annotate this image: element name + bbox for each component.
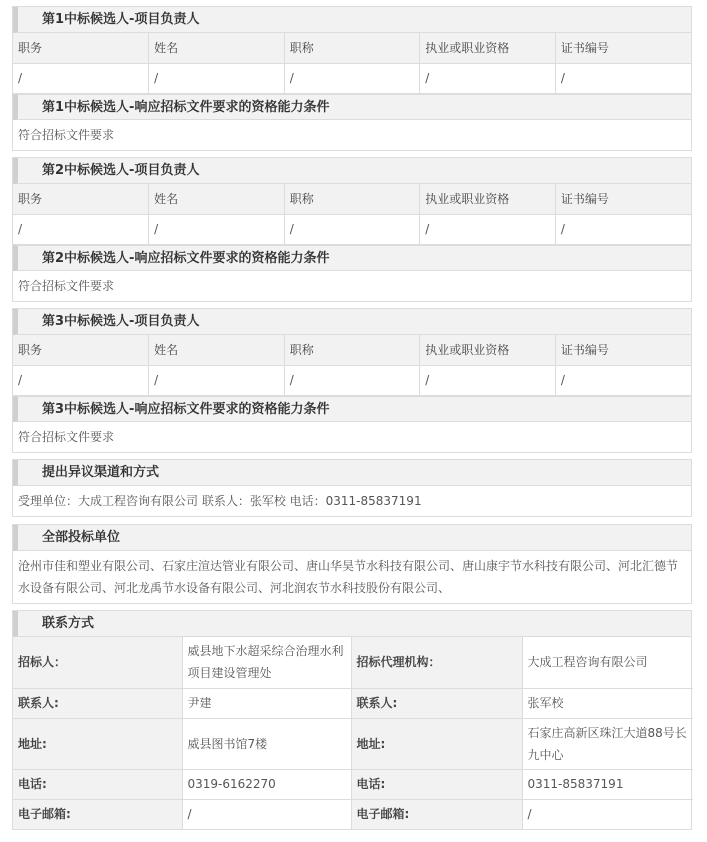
column-header: 职务 — [13, 184, 149, 214]
column-header: 证书编号 — [555, 33, 691, 63]
column-header: 证书编号 — [555, 335, 691, 365]
objection-title: 提出异议渠道和方式 — [13, 460, 691, 486]
column-header: 姓名 — [149, 184, 285, 214]
candidate-3-leader-title: 第3中标候选人-项目负责人 — [13, 309, 691, 335]
bidders-title: 全部投标单位 — [13, 525, 691, 551]
candidate-1-section: 第1中标候选人-项目负责人 职务 姓名 职称 执业或职业资格 证书编号 / / … — [12, 6, 692, 151]
agency-address-label: 地址: — [351, 718, 522, 769]
agency-email-label: 电子邮箱: — [351, 799, 522, 829]
contact-title: 联系方式 — [13, 611, 691, 637]
column-header: 职称 — [284, 184, 420, 214]
tenderer-phone-label: 电话: — [13, 769, 182, 799]
candidate-3-qualification-text: 符合招标文件要求 — [13, 422, 691, 452]
column-header: 姓名 — [149, 33, 285, 63]
candidate-1-qualification-title: 第1中标候选人-响应招标文件要求的资格能力条件 — [13, 94, 691, 120]
table-cell: / — [555, 63, 691, 93]
table-cell: / — [420, 214, 556, 244]
column-header: 执业或职业资格 — [420, 184, 556, 214]
agency-contact-label: 联系人: — [351, 688, 522, 718]
table-cell: / — [13, 63, 149, 93]
agency-value: 大成工程咨询有限公司 — [522, 637, 693, 688]
tenderer-value: 威县地下水超采综合治理水利项目建设管理处 — [182, 637, 351, 688]
table-cell: / — [13, 365, 149, 395]
column-header: 职务 — [13, 33, 149, 63]
candidate-1-leader-title: 第1中标候选人-项目负责人 — [13, 7, 691, 33]
tenderer-email-label: 电子邮箱: — [13, 799, 182, 829]
candidate-2-section: 第2中标候选人-项目负责人 职务 姓名 职称 执业或职业资格 证书编号 / / … — [12, 157, 692, 302]
table-cell: / — [555, 365, 691, 395]
table-cell: / — [149, 214, 285, 244]
column-header: 证书编号 — [555, 184, 691, 214]
agency-phone-label: 电话: — [351, 769, 522, 799]
table-cell: / — [284, 365, 420, 395]
table-cell: / — [420, 365, 556, 395]
table-cell: / — [555, 214, 691, 244]
contact-section: 联系方式 招标人： 威县地下水超采综合治理水利项目建设管理处 招标代理机构： 大… — [12, 610, 692, 830]
column-header: 职务 — [13, 335, 149, 365]
candidate-3-section: 第3中标候选人-项目负责人 职务 姓名 职称 执业或职业资格 证书编号 / / … — [12, 308, 692, 453]
tenderer-address-label: 地址: — [13, 718, 182, 769]
bidders-text: 沧州市佳和塑业有限公司、石家庄渲达管业有限公司、唐山华昊节水科技有限公司、唐山康… — [13, 551, 691, 603]
candidate-2-leader-table: 职务 姓名 职称 执业或职业资格 证书编号 / / / / / — [13, 184, 691, 245]
candidate-2-leader-title: 第2中标候选人-项目负责人 — [13, 158, 691, 184]
agency-label: 招标代理机构： — [351, 637, 522, 688]
table-cell: / — [149, 365, 285, 395]
candidate-3-leader-table: 职务 姓名 职称 执业或职业资格 证书编号 / / / / / — [13, 335, 691, 396]
table-cell: / — [149, 63, 285, 93]
column-header: 执业或职业资格 — [420, 33, 556, 63]
bidders-section: 全部投标单位 沧州市佳和塑业有限公司、石家庄渲达管业有限公司、唐山华昊节水科技有… — [12, 524, 692, 604]
column-header: 职称 — [284, 335, 420, 365]
tenderer-label: 招标人： — [13, 637, 182, 688]
column-header: 执业或职业资格 — [420, 335, 556, 365]
tenderer-contact-label: 联系人: — [13, 688, 182, 718]
tenderer-email-value: / — [182, 799, 351, 829]
objection-section: 提出异议渠道和方式 受理单位：大成工程咨询有限公司 联系人：张军校 电话：031… — [12, 459, 692, 517]
agency-address-value: 石家庄高新区珠江大道88号长九中心 — [522, 718, 693, 769]
agency-email-value: / — [522, 799, 693, 829]
column-header: 职称 — [284, 33, 420, 63]
candidate-3-qualification-title: 第3中标候选人-响应招标文件要求的资格能力条件 — [13, 396, 691, 422]
tenderer-address-value: 威县图书馆7楼 — [182, 718, 351, 769]
agency-phone-value: 0311-85837191 — [522, 769, 693, 799]
tenderer-phone-value: 0319-6162270 — [182, 769, 351, 799]
candidate-2-qualification-text: 符合招标文件要求 — [13, 271, 691, 301]
agency-contact-value: 张军校 — [522, 688, 693, 718]
candidate-1-qualification-text: 符合招标文件要求 — [13, 120, 691, 150]
table-cell: / — [284, 214, 420, 244]
candidate-1-leader-table: 职务 姓名 职称 执业或职业资格 证书编号 / / / / / — [13, 33, 691, 94]
objection-text: 受理单位：大成工程咨询有限公司 联系人：张军校 电话：0311-85837191 — [13, 486, 691, 516]
column-header: 姓名 — [149, 335, 285, 365]
tenderer-contact-value: 尹建 — [182, 688, 351, 718]
candidate-2-qualification-title: 第2中标候选人-响应招标文件要求的资格能力条件 — [13, 245, 691, 271]
table-cell: / — [13, 214, 149, 244]
table-cell: / — [284, 63, 420, 93]
contact-table: 招标人： 威县地下水超采综合治理水利项目建设管理处 招标代理机构： 大成工程咨询… — [13, 637, 693, 829]
table-cell: / — [420, 63, 556, 93]
